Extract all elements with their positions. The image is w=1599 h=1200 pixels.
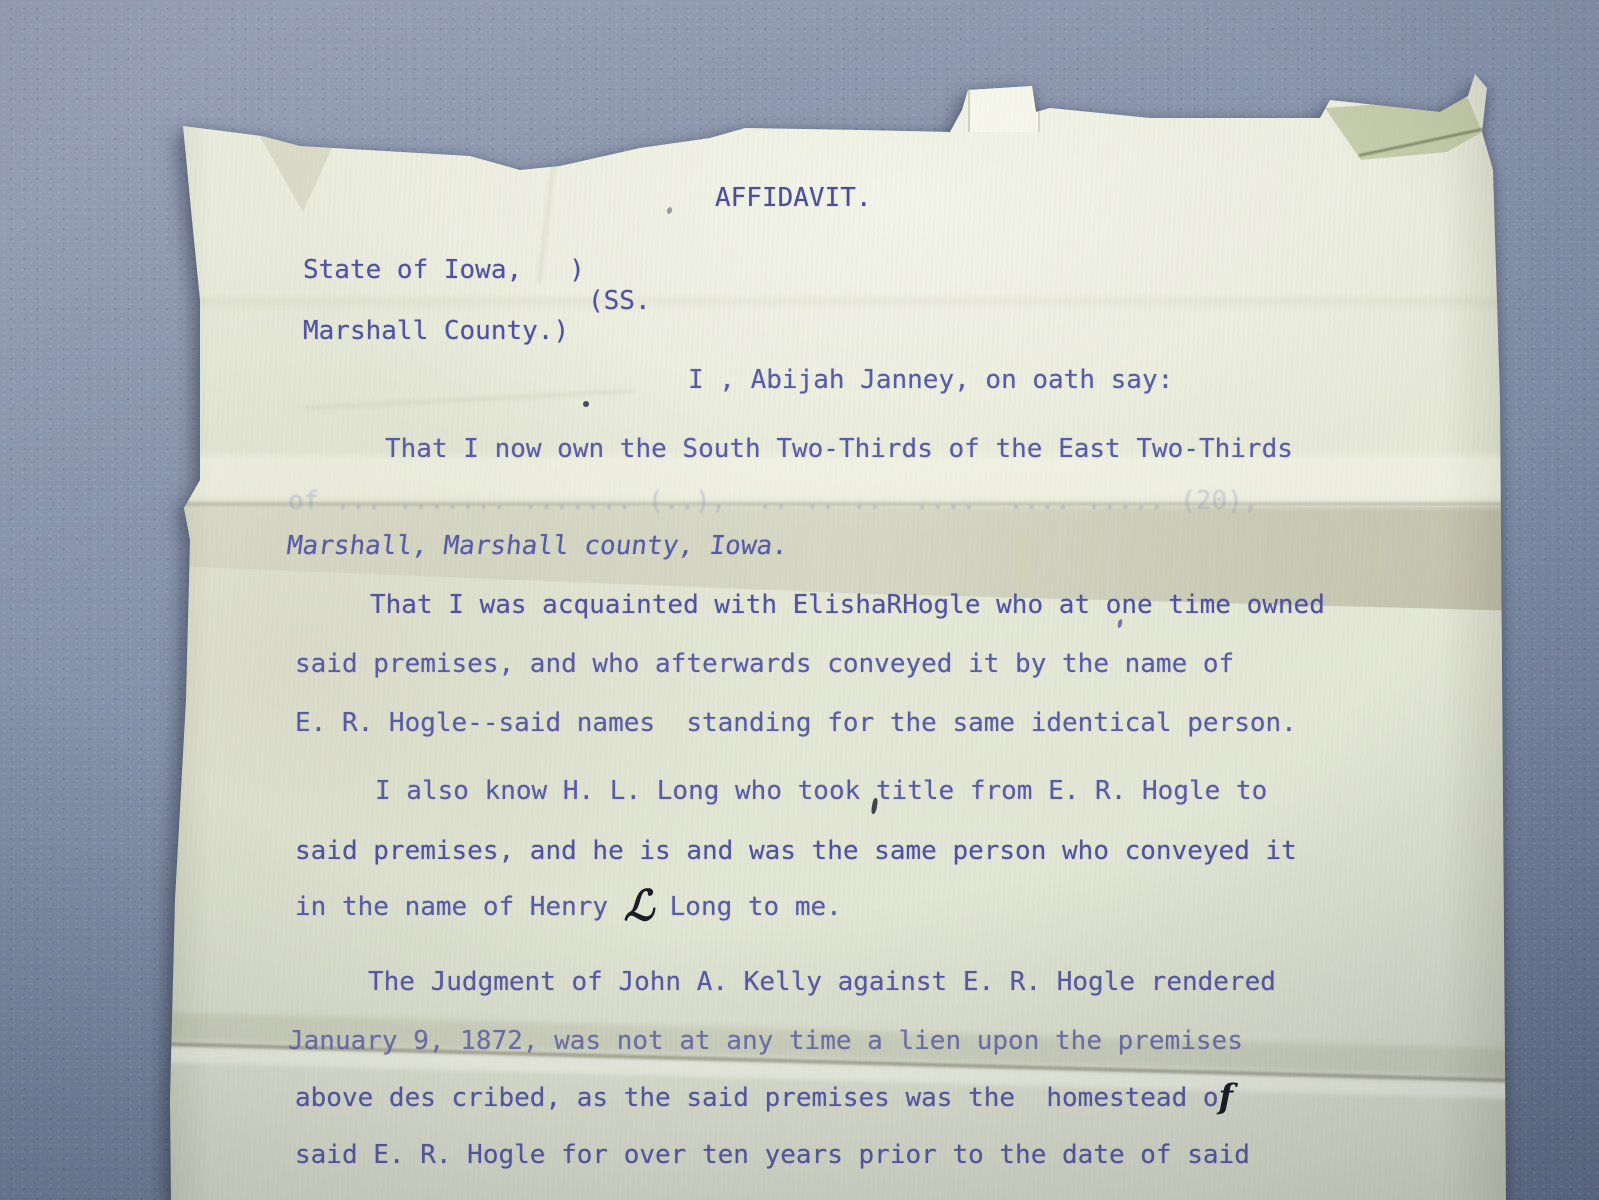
body-line-text: above des cribed, as the said premises w… xyxy=(295,1083,1219,1113)
affidavit-heading: AFFIDAVIT. xyxy=(715,183,872,213)
venue-ss-line: (SS. xyxy=(588,286,651,316)
body-line: said premises, and he is and was the sam… xyxy=(295,836,1297,866)
opening-line: I , Abijah Janney, on oath say: xyxy=(688,365,1173,395)
body-line-text: Long to me. xyxy=(654,892,842,922)
body-line: That I was acquainted with ElishaRHogle … xyxy=(370,590,1325,620)
torn-edge-tab xyxy=(968,86,1040,132)
fold-crease-shadow xyxy=(165,507,1511,647)
paper-edge-shade-right xyxy=(1441,70,1511,1200)
ink-speck xyxy=(666,206,673,214)
body-line-with-handwriting: in the name of Henry ℒ Long to me. xyxy=(295,892,842,922)
body-line: I also know H. L. Long who took title fr… xyxy=(375,776,1267,806)
body-line: E. R. Hogle--said names standing for the… xyxy=(295,708,1297,738)
body-line-text: in the name of Henry xyxy=(295,892,624,922)
ink-speck xyxy=(1117,619,1123,629)
ink-speck xyxy=(583,401,589,407)
body-line-faded: of ... ....... ....... (..), .. .. .. ..… xyxy=(288,486,1259,516)
body-line: Marshall, Marshall county, Iowa. xyxy=(285,531,790,561)
venue-state-line: State of Iowa, ) xyxy=(303,255,585,285)
venue-county-line: Marshall County.) xyxy=(303,316,569,346)
body-line: said premises, and who afterwards convey… xyxy=(295,649,1234,679)
top-fold-band xyxy=(165,298,1511,310)
handwritten-letter-f: f xyxy=(1219,1077,1234,1117)
body-line: January 9, 1872, was not at any time a l… xyxy=(288,1026,1243,1056)
paper-shadow-wrap: AFFIDAVIT. State of Iowa, ) (SS. Marshal… xyxy=(0,0,1599,1200)
body-line: said E. R. Hogle for over ten years prio… xyxy=(295,1140,1250,1170)
body-line: That I now own the South Two-Thirds of t… xyxy=(385,434,1293,464)
body-line: The Judgment of John A. Kelly against E.… xyxy=(368,967,1276,997)
affidavit-paper: AFFIDAVIT. State of Iowa, ) (SS. Marshal… xyxy=(165,70,1511,1200)
photo-scene: AFFIDAVIT. State of Iowa, ) (SS. Marshal… xyxy=(0,0,1599,1200)
handwritten-letter-L: ℒ xyxy=(624,881,654,930)
body-line-with-handwriting: above des cribed, as the said premises w… xyxy=(295,1083,1233,1113)
